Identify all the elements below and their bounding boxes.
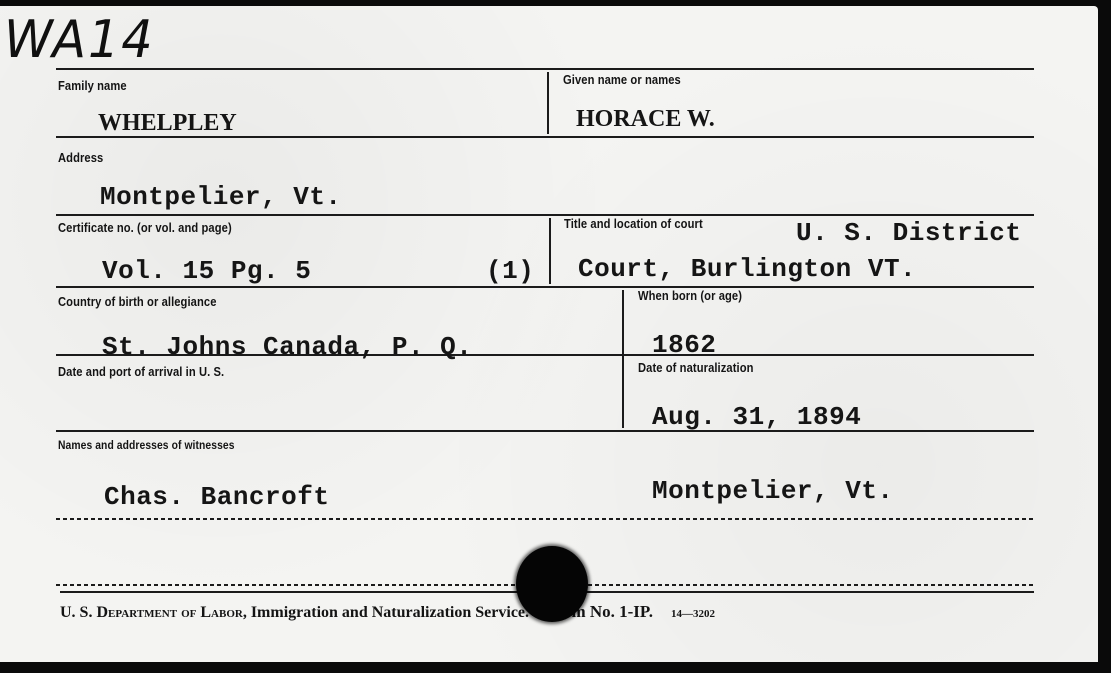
- address-value: Montpelier, Vt.: [100, 182, 342, 212]
- naturalization-date-label: Date of naturalization: [638, 360, 754, 375]
- court-value-line1: U. S. District: [796, 218, 1021, 248]
- footer-code: 14—3202: [671, 608, 715, 620]
- witness-name: Chas. Bancroft: [104, 482, 329, 512]
- handwritten-card-id: WA14: [4, 10, 155, 70]
- when-born-label: When born (or age): [638, 288, 742, 303]
- court-label: Title and location of court: [564, 216, 703, 231]
- court-value-line2: Court, Burlington VT.: [578, 254, 916, 284]
- naturalization-date-value: Aug. 31, 1894: [652, 402, 861, 432]
- country-of-birth-value: St. Johns Canada, P. Q.: [102, 332, 472, 362]
- footer-department: Department of Labor,: [96, 604, 246, 621]
- certificate-label: Certificate no. (or vol. and page): [58, 220, 232, 235]
- arrival-label: Date and port of arrival in U. S.: [58, 364, 224, 379]
- when-born-value: 1862: [652, 330, 716, 360]
- divider-names: [547, 72, 549, 134]
- divider-born: [622, 290, 624, 428]
- family-name-label: Family name: [58, 78, 127, 93]
- certificate-value: Vol. 15 Pg. 5: [102, 256, 311, 286]
- rule-after-certificate: [56, 286, 1034, 288]
- given-name-label: Given name or names: [563, 72, 681, 87]
- naturalization-index-card: WA14 Family name WHELPLEY Given name or …: [0, 6, 1098, 662]
- rule-after-naturalization: [56, 430, 1034, 432]
- family-name-value: WHELPLEY: [98, 110, 237, 137]
- rule-top: [56, 68, 1034, 70]
- country-of-birth-label: Country of birth or allegiance: [58, 294, 216, 309]
- dashed-rule-witness-1: [56, 518, 1034, 520]
- divider-court: [549, 218, 551, 284]
- address-label: Address: [58, 150, 103, 165]
- form-footer: U. S. Department of Labor, Immigration a…: [60, 602, 715, 622]
- certificate-suffix: (1): [486, 256, 534, 286]
- witness-address: Montpelier, Vt.: [652, 476, 894, 506]
- footer-service: Immigration and Naturalization Service.: [247, 604, 529, 621]
- given-name-value: HORACE W.: [576, 106, 715, 133]
- punch-hole: [516, 546, 588, 622]
- witnesses-label: Names and addresses of witnesses: [58, 438, 235, 452]
- rule-after-address: [56, 214, 1034, 216]
- footer-agency-prefix: U. S.: [60, 604, 96, 621]
